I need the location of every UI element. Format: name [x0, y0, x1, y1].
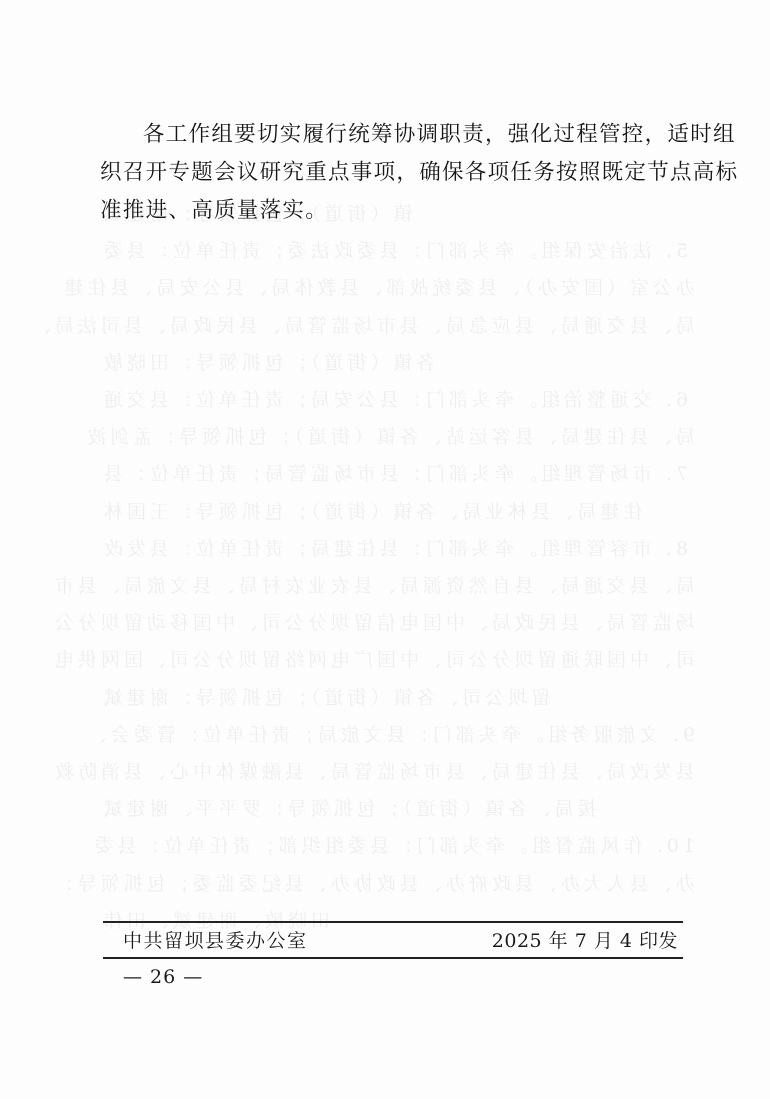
bleed-line: 援局、各镇（街道）；包抓领导：罗平平、谢建斌 — [100, 791, 695, 828]
bleed-line: 县发改局、县住建局、县市场监管局、县融媒体中心、县消防救 — [100, 754, 695, 791]
bleed-line: 7. 市场管理组。牵头部门：县市场监管局；责任单位：县 — [100, 456, 695, 493]
bleed-line: 6. 交通整治组。牵头部门：县公安局；责任单位：县交通 — [100, 382, 695, 419]
bleed-line: 5. 法治安保组。牵头部门：县委政法委；责任单位：县委 — [100, 233, 695, 270]
body-line: 准推进、高质量落实。 — [100, 192, 690, 230]
bleed-line: 局、县交通局、县自然资源局、县农业农村局、县文旅局、县市 — [100, 568, 695, 605]
bleed-line: 10. 作风监督组。牵头部门：县委组织部；责任单位：县委 — [100, 828, 695, 865]
page-number: — 26 — — [123, 963, 203, 991]
imprint-block: 中共留坝县委办公室 2025 年 7 月 4 印发 — [123, 927, 678, 955]
issuer-name: 中共留坝县委办公室 — [123, 927, 308, 955]
bleed-line: 留坝公司、各镇（街道）；包抓领导：谢建斌 — [100, 680, 695, 717]
issue-date: 2025 年 7 月 4 印发 — [492, 927, 678, 955]
bleed-line: 局、县住建局、县客运站、各镇（街道）；包抓领导：孟剑波 — [100, 419, 695, 456]
bleed-through-text: 镇（街道）；包抓领导：谢建斌 5. 法治安保组。牵头部门：县委政法委；责任单位：… — [100, 196, 695, 940]
bleed-line: 9. 文旅服务组。牵头部门：县文旅局；责任单位：管委会、 — [100, 717, 695, 754]
bleed-line: 办、县人大办、县政府办、县政协办、县纪委监委；包抓领导： — [100, 866, 695, 903]
document-page: 镇（街道）；包抓领导：谢建斌 5. 法治安保组。牵头部门：县委政法委；责任单位：… — [0, 0, 770, 1099]
bleed-line: 办公室（国安办）、县委统战部、县教体局、县公安局、县住建 — [100, 270, 695, 307]
body-paragraph: 各工作组要切实履行统筹协调职责，强化过程管控，适时组 织召开专题会议研究重点事项… — [100, 116, 690, 230]
imprint-top-rule — [103, 921, 683, 923]
bleed-line: 各镇（街道）；包抓领导：田晓敏 — [100, 345, 695, 382]
body-line: 各工作组要切实履行统筹协调职责，强化过程管控，适时组 — [100, 116, 690, 154]
bleed-line: 局、县交通局、县应急局、县市场监管局、县民政局、县司法局、 — [100, 308, 695, 345]
body-line: 织召开专题会议研究重点事项，确保各项任务按照既定节点高标 — [100, 154, 690, 192]
bleed-line: 住建局、县林业局、各镇（街道）；包抓领导：王国林 — [100, 494, 695, 531]
bleed-line: 8. 市容管理组。牵头部门：县住建局；责任单位：县发改 — [100, 531, 695, 568]
bleed-line: 司、中国联通留坝分公司、中国广电网络留坝分公司、国网供电 — [100, 642, 695, 679]
imprint-bottom-rule — [103, 957, 683, 959]
bleed-line: 场监管局、县民政局、中国电信留坝分公司、中国移动留坝分公 — [100, 605, 695, 642]
